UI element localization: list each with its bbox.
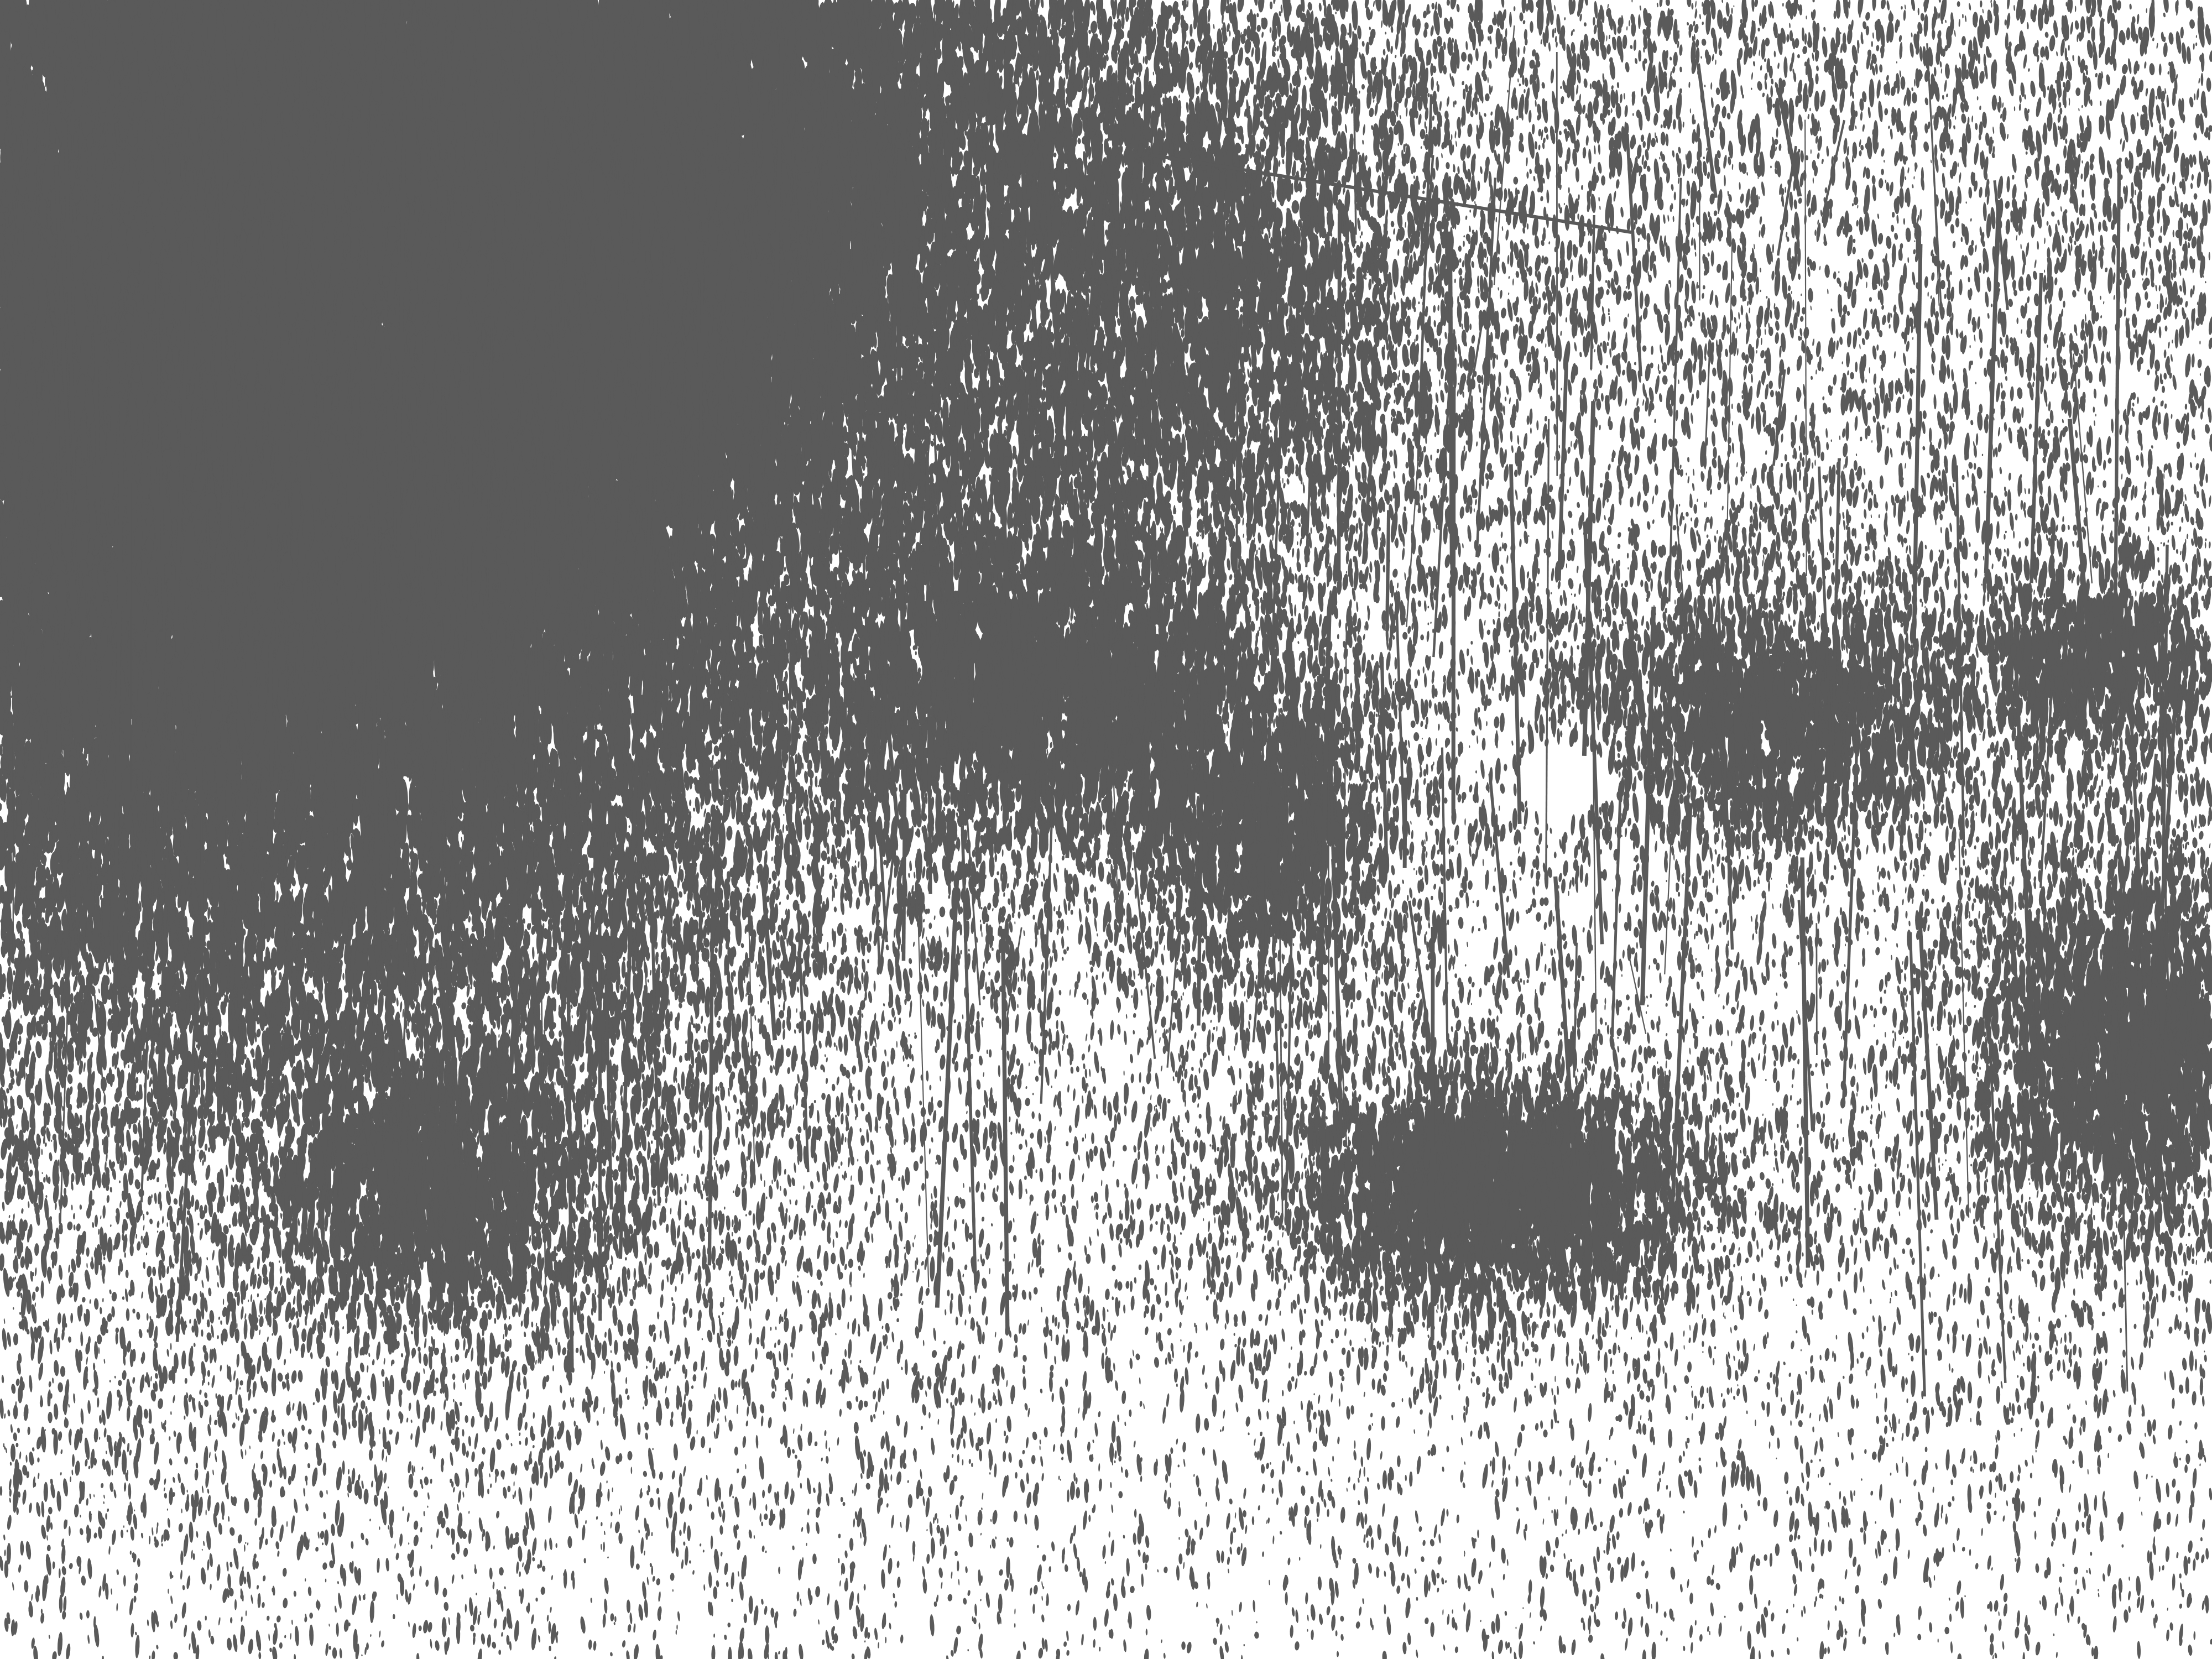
grunge-texture <box>0 0 2212 1659</box>
grunge-texture-canvas <box>0 0 2212 1659</box>
